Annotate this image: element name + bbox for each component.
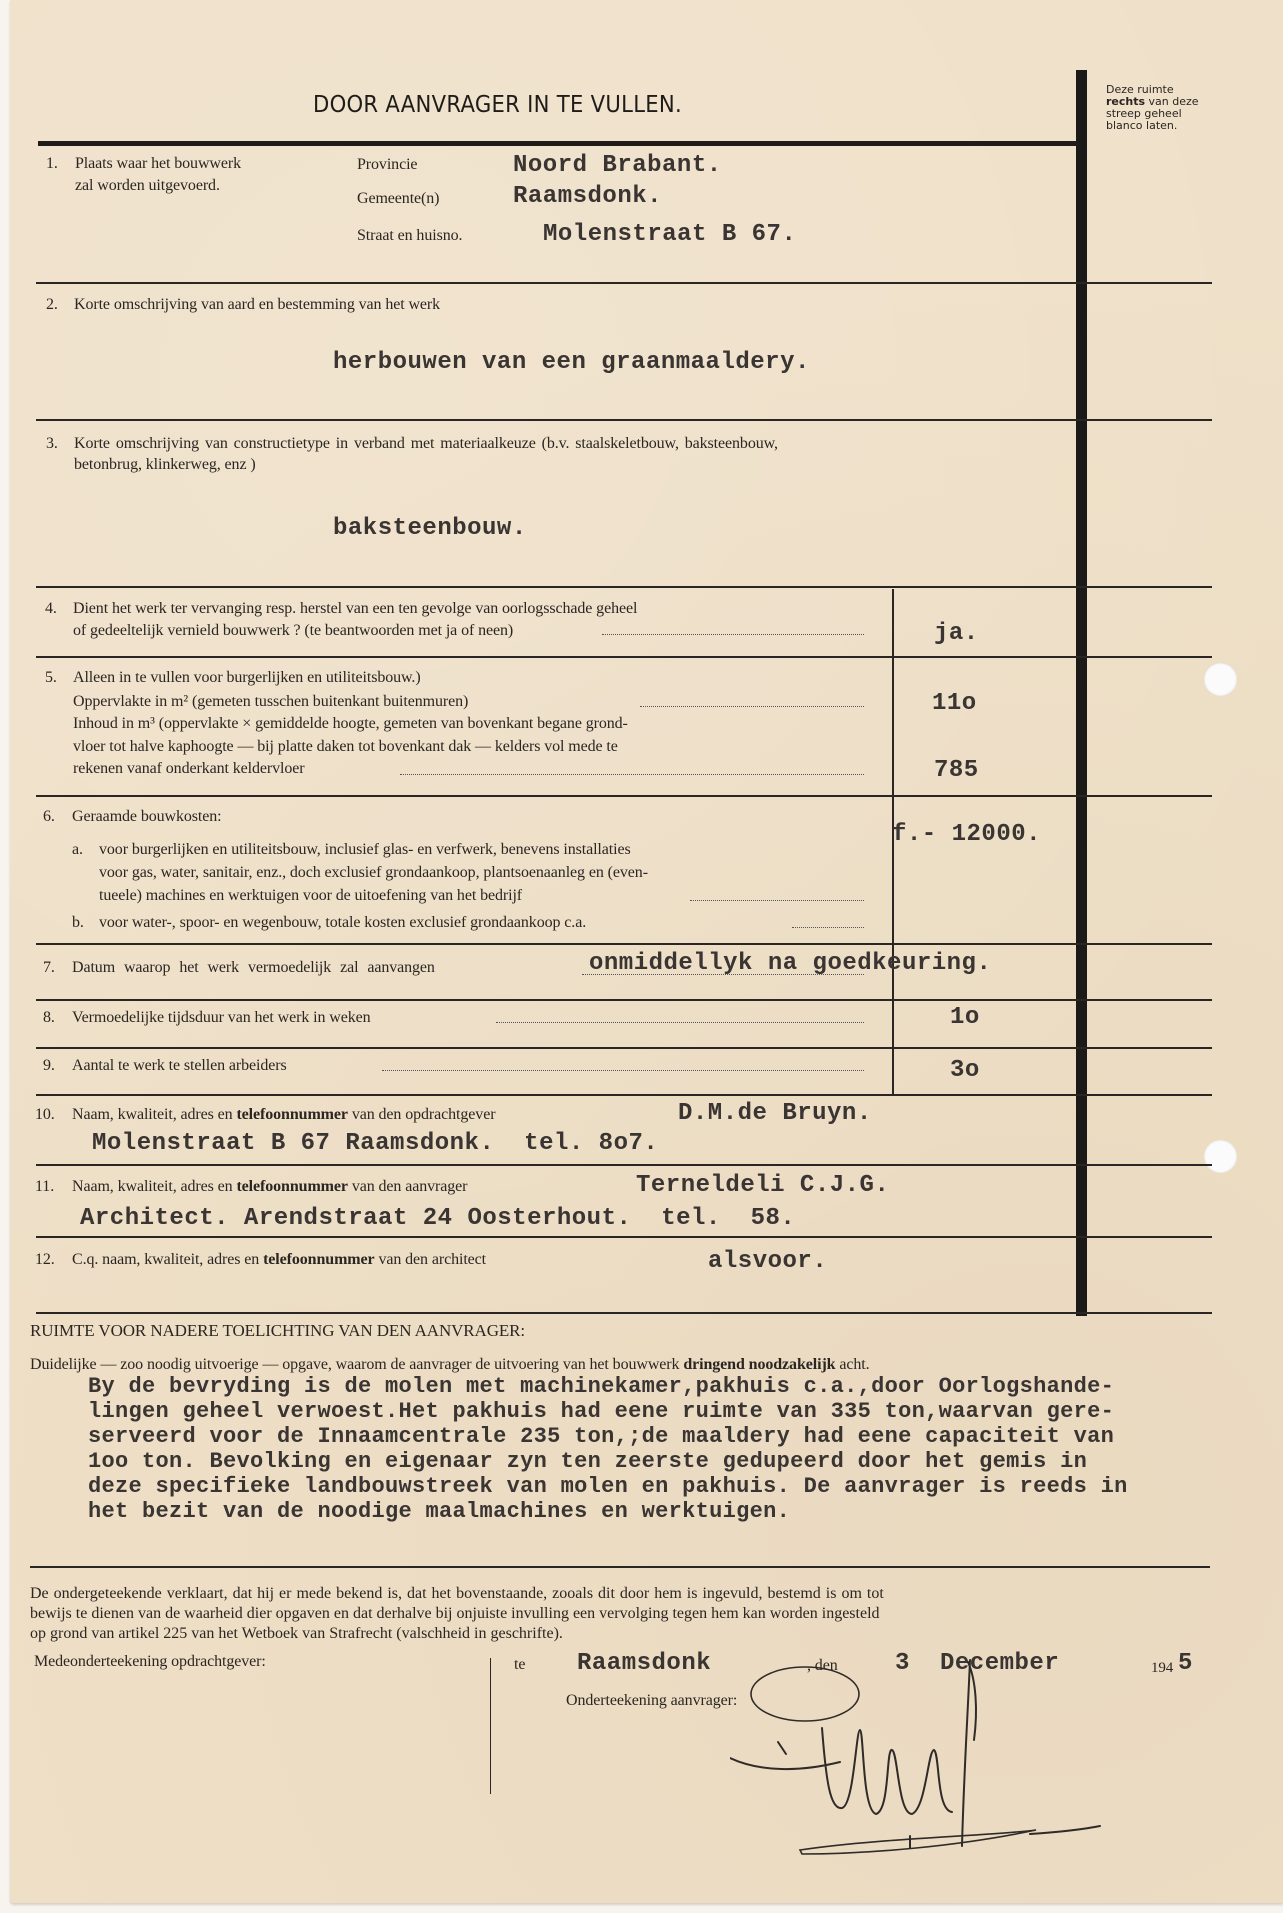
s12-label-bold: telefoonnummer bbox=[263, 1251, 374, 1268]
instruction-bold: dringend noodzakelijk bbox=[683, 1356, 835, 1373]
s5-label: rekenen vanaf onderkant keldervloer bbox=[73, 759, 305, 779]
rule bbox=[36, 943, 1212, 945]
s7-label: Datum waarop het werk vermoedelijk zal a… bbox=[72, 958, 435, 978]
s5-label: Inhoud in m³ (oppervlakte × gemiddelde h… bbox=[73, 714, 628, 734]
typed-line: serveerd voor de Innaamcentrale 235 ton,… bbox=[88, 1424, 1128, 1449]
rule bbox=[36, 1164, 1212, 1166]
s2-number: 2. bbox=[46, 295, 58, 315]
s11-number: 11. bbox=[35, 1177, 54, 1197]
s7-value: onmiddellyk na goedkeuring. bbox=[589, 950, 991, 977]
year-prefix: 194 bbox=[1151, 1658, 1173, 1678]
rule bbox=[36, 1312, 1212, 1314]
s6-dots bbox=[690, 900, 864, 901]
declaration-line: op grond van artikel 225 van het Wetboek… bbox=[30, 1624, 1210, 1644]
provincie-value: Noord Brabant. bbox=[513, 152, 722, 179]
s3-label: betonbrug, klinkerweg, enz ) bbox=[74, 455, 256, 475]
s4-label: of gedeeltelijk vernield bouwwerk ? (te … bbox=[73, 621, 513, 641]
s4-label: Dient het werk ter vervanging resp. hers… bbox=[73, 599, 637, 619]
s3-label: Korte omschrijving van constructietype i… bbox=[74, 434, 778, 454]
punch-hole bbox=[1204, 1140, 1237, 1173]
s11-label: Naam, kwaliteit, adres en telefoonnummer… bbox=[72, 1177, 467, 1197]
applicant-sign-label: Onderteekening aanvrager: bbox=[566, 1691, 737, 1711]
s12-label-pre: C.q. naam, kwaliteit, adres en bbox=[72, 1251, 263, 1268]
s1-label: Plaats waar het bouwwerk bbox=[75, 154, 241, 174]
s5-dots bbox=[640, 706, 864, 707]
s6-a-text: voor burgerlijken en utiliteitsbouw, inc… bbox=[99, 840, 631, 860]
s2-label: Korte omschrijving van aard en bestemmin… bbox=[74, 295, 440, 315]
s11-address-value: Architect. Arendstraat 24 Oosterhout. te… bbox=[80, 1205, 795, 1232]
s6-value: f.- 12000. bbox=[892, 821, 1041, 848]
s5-number: 5. bbox=[45, 668, 57, 688]
rule bbox=[36, 656, 1212, 658]
declaration: De ondergeteekende verklaart, dat hij er… bbox=[30, 1584, 1210, 1644]
s12-label-post: van den architect bbox=[375, 1251, 486, 1268]
applicant-signature bbox=[730, 1650, 1130, 1860]
typed-line: deze specifieke landbouwstreek van molen… bbox=[88, 1474, 1128, 1499]
rule bbox=[36, 999, 1212, 1001]
declaration-line: De ondergeteekende verklaart, dat hij er… bbox=[30, 1584, 1210, 1604]
s10-label-post: van den opdrachtgever bbox=[348, 1106, 496, 1123]
te-label: te bbox=[514, 1655, 525, 1675]
signature-divider bbox=[490, 1658, 491, 1794]
rule bbox=[36, 1236, 1212, 1238]
s5-label: Oppervlakte in m² (gemeten tusschen buit… bbox=[73, 692, 468, 712]
s5-label: vloer tot halve kaphoogte — bij platte d… bbox=[73, 737, 618, 757]
rule bbox=[36, 419, 1212, 421]
s8-dots bbox=[496, 1022, 864, 1023]
declaration-line: bewijs te dienen van de waarheid dier op… bbox=[30, 1604, 1210, 1624]
s4-value: ja. bbox=[934, 620, 979, 647]
s6-a-text: voor gas, water, sanitair, enz., doch ex… bbox=[99, 863, 648, 883]
s8-label: Vermoedelijke tijdsduur van het werk in … bbox=[72, 1008, 371, 1028]
s12-value: alsvoor. bbox=[708, 1248, 827, 1275]
form-title: DOOR AANVRAGER IN TE VULLEN. bbox=[313, 92, 682, 118]
margin-note-line: blanco laten. bbox=[1106, 120, 1199, 132]
s10-label-pre: Naam, kwaliteit, adres en bbox=[72, 1106, 236, 1123]
rule bbox=[36, 586, 1212, 588]
rule bbox=[36, 1094, 1212, 1096]
s6-label: Geraamde bouwkosten: bbox=[72, 807, 222, 827]
gemeente-value: Raamsdonk. bbox=[513, 183, 662, 210]
s11-name-value: Terneldeli C.J.G. bbox=[636, 1172, 889, 1199]
s10-label-bold: telefoonnummer bbox=[236, 1106, 347, 1123]
s9-dots bbox=[382, 1070, 864, 1071]
instruction-pre: Duidelijke — zoo noodig uitvoerige — opg… bbox=[30, 1356, 683, 1373]
typed-line: het bezit van de noodige maalmachines en… bbox=[88, 1499, 1128, 1524]
straat-label: Straat en huisno. bbox=[357, 226, 462, 246]
year-digit: 5 bbox=[1178, 1650, 1193, 1677]
s5-dots bbox=[400, 774, 864, 775]
s4-dots bbox=[602, 634, 864, 635]
s10-number: 10. bbox=[35, 1105, 55, 1125]
s9-value: 3o bbox=[950, 1057, 980, 1084]
s6-a-marker: a. bbox=[72, 840, 83, 860]
s8-value: 1o bbox=[950, 1004, 980, 1031]
straat-value: Molenstraat B 67. bbox=[543, 221, 796, 248]
s1-number: 1. bbox=[46, 154, 58, 174]
s10-address-value: Molenstraat B 67 Raamsdonk. tel. 8o7. bbox=[92, 1130, 658, 1157]
rule-top bbox=[38, 141, 1078, 146]
margin-note: Deze ruimte rechts van deze streep gehee… bbox=[1106, 84, 1199, 132]
s11-label-bold: telefoonnummer bbox=[236, 1178, 347, 1195]
punch-hole bbox=[1204, 663, 1237, 696]
toelichting-heading: RUIMTE VOOR NADERE TOELICHTING VAN DEN A… bbox=[30, 1321, 525, 1341]
s6-b-marker: b. bbox=[72, 913, 84, 933]
s1-label: zal worden uitgevoerd. bbox=[75, 176, 220, 196]
s12-label: C.q. naam, kwaliteit, adres en telefoonn… bbox=[72, 1250, 486, 1270]
s7-number: 7. bbox=[43, 958, 55, 978]
gemeente-label: Gemeente(n) bbox=[357, 189, 439, 209]
rule bbox=[36, 282, 1212, 284]
s12-number: 12. bbox=[35, 1250, 55, 1270]
s5-volume-value: 785 bbox=[934, 757, 979, 784]
provincie-label: Provincie bbox=[357, 155, 417, 175]
s3-value: baksteenbouw. bbox=[333, 515, 527, 542]
s4-number: 4. bbox=[45, 599, 57, 619]
rule bbox=[36, 1047, 1212, 1049]
rule bbox=[30, 1566, 1210, 1568]
toelichting-instruction: Duidelijke — zoo noodig uitvoerige — opg… bbox=[30, 1355, 870, 1375]
toelichting-typed-text: By de bevryding is de molen met machinek… bbox=[88, 1374, 1128, 1524]
s5-label: Alleen in te vullen voor burgerlijken en… bbox=[73, 668, 421, 688]
typed-line: lingen geheel verwoest.Het pakhuis had e… bbox=[88, 1399, 1128, 1424]
s10-label: Naam, kwaliteit, adres en telefoonnummer… bbox=[72, 1105, 495, 1125]
s2-value: herbouwen van een graanmaaldery. bbox=[333, 349, 810, 376]
s9-label: Aantal te werk te stellen arbeiders bbox=[72, 1056, 287, 1076]
s6-a-text: tueele) machines en werktuigen voor de u… bbox=[99, 886, 522, 906]
rule bbox=[36, 795, 1212, 797]
s6-b-text: voor water-, spoor- en wegenbouw, totale… bbox=[99, 913, 586, 933]
s10-name-value: D.M.de Bruyn. bbox=[678, 1100, 872, 1127]
s6-number: 6. bbox=[43, 807, 55, 827]
s9-number: 9. bbox=[43, 1056, 55, 1076]
instruction-post: acht. bbox=[835, 1356, 869, 1373]
typed-line: 1oo ton. Bevolking en eigenaar zyn ten z… bbox=[88, 1449, 1128, 1474]
s5-area-value: 11o bbox=[932, 690, 977, 717]
s8-number: 8. bbox=[43, 1008, 55, 1028]
s6-dots bbox=[792, 927, 864, 928]
s11-label-post: van den aanvrager bbox=[348, 1178, 467, 1195]
s11-label-pre: Naam, kwaliteit, adres en bbox=[72, 1178, 236, 1195]
margin-divider-bar bbox=[1076, 70, 1087, 1316]
place-value: Raamsdonk bbox=[577, 1650, 711, 1677]
co-sign-label: Medeonderteekening opdrachtgever: bbox=[34, 1652, 266, 1672]
s3-number: 3. bbox=[46, 434, 58, 454]
typed-line: By de bevryding is de molen met machinek… bbox=[88, 1374, 1128, 1399]
